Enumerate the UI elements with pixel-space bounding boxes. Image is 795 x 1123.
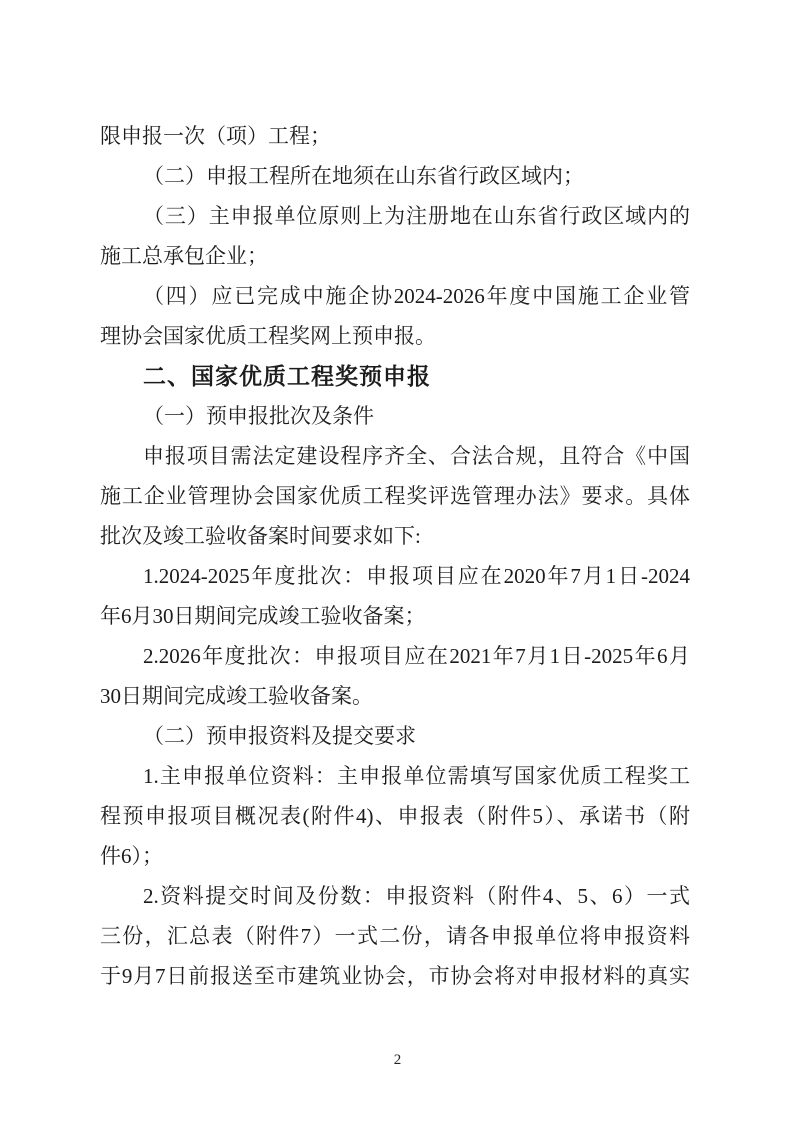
text-line: 施工总承包企业；: [100, 236, 690, 276]
text-line: 限申报一次（项）工程；: [100, 116, 690, 156]
text-line: （二）申报工程所在地须在山东省行政区域内；: [100, 156, 690, 196]
text-line: 申报项目需法定建设程序齐全、合法合规，且符合《中国: [100, 436, 690, 476]
page-number: 2: [0, 1048, 795, 1072]
text-line: 批次及竣工验收备案时间要求如下:: [100, 516, 690, 556]
text-line: 2.资料提交时间及份数：申报资料（附件4、5、6）一式: [100, 876, 690, 916]
section-heading: 二、国家优质工程奖预申报: [100, 356, 690, 396]
text-line: 于9月7日前报送至市建筑业协会，市协会将对申报材料的真实: [100, 956, 690, 996]
text-line: 年6月30日期间完成竣工验收备案；: [100, 596, 690, 636]
text-line: （三）主申报单位原则上为注册地在山东省行政区域内的: [100, 196, 690, 236]
text-line: 1.2024-2025年度批次：申报项目应在2020年7月1日-2024: [100, 556, 690, 596]
document-page: 限申报一次（项）工程；（二）申报工程所在地须在山东省行政区域内；（三）主申报单位…: [0, 0, 795, 1123]
document-body: 限申报一次（项）工程；（二）申报工程所在地须在山东省行政区域内；（三）主申报单位…: [100, 116, 690, 996]
text-line: （一）预申报批次及条件: [100, 396, 690, 436]
text-line: （二）预申报资料及提交要求: [100, 716, 690, 756]
text-line: 程预申报项目概况表(附件4)、申报表（附件5）、承诺书（附: [100, 796, 690, 836]
text-line: 1.主申报单位资料：主申报单位需填写国家优质工程奖工: [100, 756, 690, 796]
text-line: 三份，汇总表（附件7）一式二份，请各申报单位将申报资料: [100, 916, 690, 956]
text-line: （四）应已完成中施企协2024-2026年度中国施工企业管: [100, 276, 690, 316]
text-line: 30日期间完成竣工验收备案。: [100, 676, 690, 716]
text-line: 施工企业管理协会国家优质工程奖评选管理办法》要求。具体: [100, 476, 690, 516]
text-line: 理协会国家优质工程奖网上预申报。: [100, 316, 690, 356]
text-line: 件6）；: [100, 836, 690, 876]
text-line: 2.2026年度批次：申报项目应在2021年7月1日-2025年6月: [100, 636, 690, 676]
